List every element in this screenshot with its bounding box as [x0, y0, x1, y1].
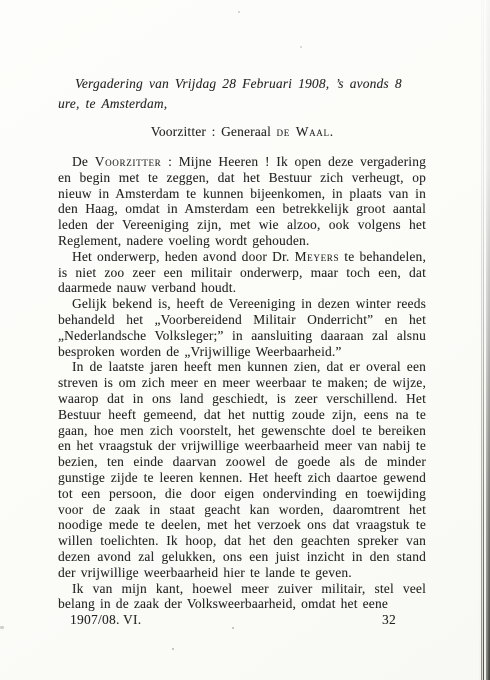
scan-speck	[300, 46, 302, 48]
paragraph-text: De	[72, 154, 95, 169]
paragraph-text: In de laatste jaren heeft men kunnen zie…	[58, 359, 426, 579]
footer-page-number: 32	[382, 612, 396, 628]
book-edge-artifact	[479, 0, 490, 680]
smallcaps-name: Voorzitter	[95, 154, 162, 169]
paragraph: Ik van mijn kant, hoewel meer zuiver mil…	[58, 581, 426, 613]
footer-volume: 1907/08. VI.	[70, 612, 141, 628]
page-content: Vergadering van Vrijdag 28 Februari 1908…	[58, 74, 426, 628]
chair-prefix: Voorzitter : Generaal	[151, 124, 277, 139]
chair-name: de Waal	[277, 124, 330, 139]
scan-speck	[0, 626, 4, 629]
paragraph: Gelijk bekend is, heeft de Vereeniging i…	[58, 296, 426, 359]
paragraph: Het onderwerp, heden avond door Dr. Meye…	[58, 249, 426, 296]
smallcaps-name: Meyers	[295, 249, 340, 264]
chair-suffix: .	[330, 124, 334, 139]
scan-speck	[238, 11, 240, 13]
paragraph: In de laatste jaren heeft men kunnen zie…	[58, 359, 426, 580]
paragraph: De Voorzitter : Mijne Heeren ! Ik open d…	[58, 154, 426, 249]
chair-line: Voorzitter : Generaal de Waal.	[58, 123, 426, 140]
paragraph-text: Het onderwerp, heden avond door Dr.	[72, 249, 295, 264]
scanned-page: Vergadering van Vrijdag 28 Februari 1908…	[0, 0, 490, 680]
page-footer: 1907/08. VI. 32	[58, 612, 426, 628]
paragraph-text: Gelijk bekend is, heeft de Vereeniging i…	[58, 296, 426, 358]
document-body: De Voorzitter : Mijne Heeren ! Ik open d…	[58, 154, 426, 612]
meeting-heading: Vergadering van Vrijdag 28 Februari 1908…	[58, 74, 426, 114]
scan-speck	[172, 648, 174, 650]
paragraph-text: Ik van mijn kant, hoewel meer zuiver mil…	[58, 581, 426, 612]
